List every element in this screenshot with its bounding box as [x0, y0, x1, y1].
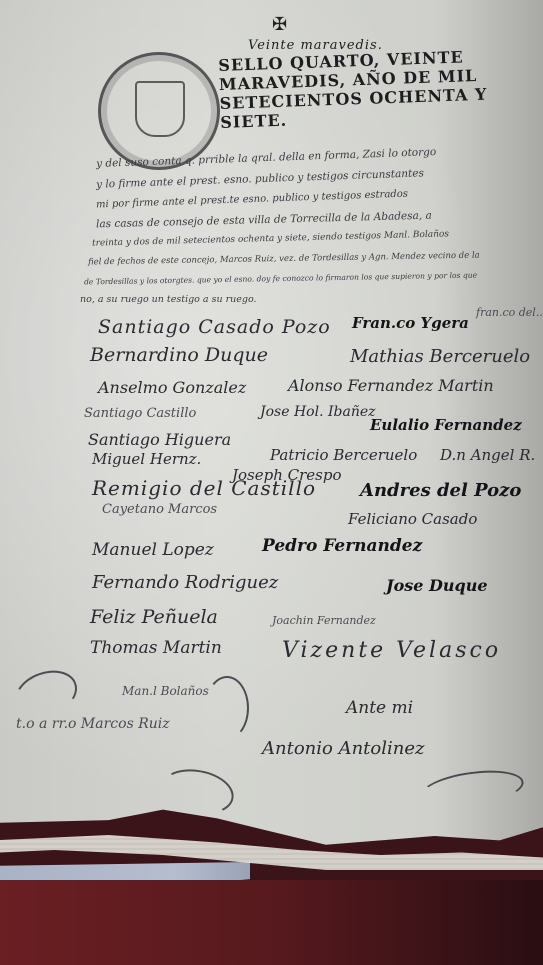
rubric-flourish-icon: [205, 676, 249, 740]
sello-header: Sello quarto, veinte maravedis, año de m…: [218, 46, 520, 132]
signature: Bernardino Duque: [90, 344, 268, 366]
signature: Miguel Hernz.: [92, 450, 201, 468]
signature: Santiago Casado Pozo: [98, 316, 331, 338]
signature: Joachin Fernandez: [272, 614, 376, 627]
signature: Remigio del Castillo: [92, 476, 316, 500]
signature: Vizente Velasco: [282, 638, 501, 663]
notary-signature: Antonio Antolinez: [262, 738, 424, 759]
signature: Patricio Berceruelo: [270, 446, 417, 464]
signature: Pedro Fernandez: [262, 536, 422, 556]
signature: Fernando Rodriguez: [92, 572, 278, 593]
royal-seal-stamp-icon: [98, 52, 220, 170]
signature: Alonso Fernandez Martin: [288, 376, 494, 395]
signature: D.n Angel R.: [440, 446, 535, 464]
signature: Fran.co Ygera: [352, 314, 469, 332]
signature: Santiago Higuera: [88, 430, 231, 449]
notary-ante-mi: Ante mi: [346, 698, 413, 718]
cross-icon: ✠: [272, 14, 287, 35]
red-cloth-background: [0, 880, 543, 965]
signature: Anselmo Gonzalez: [98, 378, 246, 397]
signature: Feliciano Casado: [348, 510, 477, 528]
signature: Eulalio Fernandez: [370, 416, 522, 434]
signature: Feliz Peñuela: [90, 606, 218, 628]
signature: Thomas Martin: [90, 638, 222, 658]
coat-of-arms-icon: [135, 81, 185, 137]
signature: Jose Hol. Ibañez: [260, 404, 376, 420]
signature: fran.co del...: [476, 306, 543, 319]
signature: Andres del Pozo: [360, 480, 521, 501]
signature: Mathias Berceruelo: [350, 346, 530, 367]
signature: Manuel Lopez: [92, 540, 214, 560]
signature: Cayetano Marcos: [102, 502, 217, 517]
signature: Santiago Castillo: [84, 406, 196, 421]
signature: Man.l Bolaños: [122, 684, 209, 698]
signature: t.o a rr.o Marcos Ruiz: [16, 716, 170, 732]
body-line: no, a su ruego un testigo a su ruego.: [80, 294, 257, 305]
signature: Jose Duque: [386, 576, 488, 595]
